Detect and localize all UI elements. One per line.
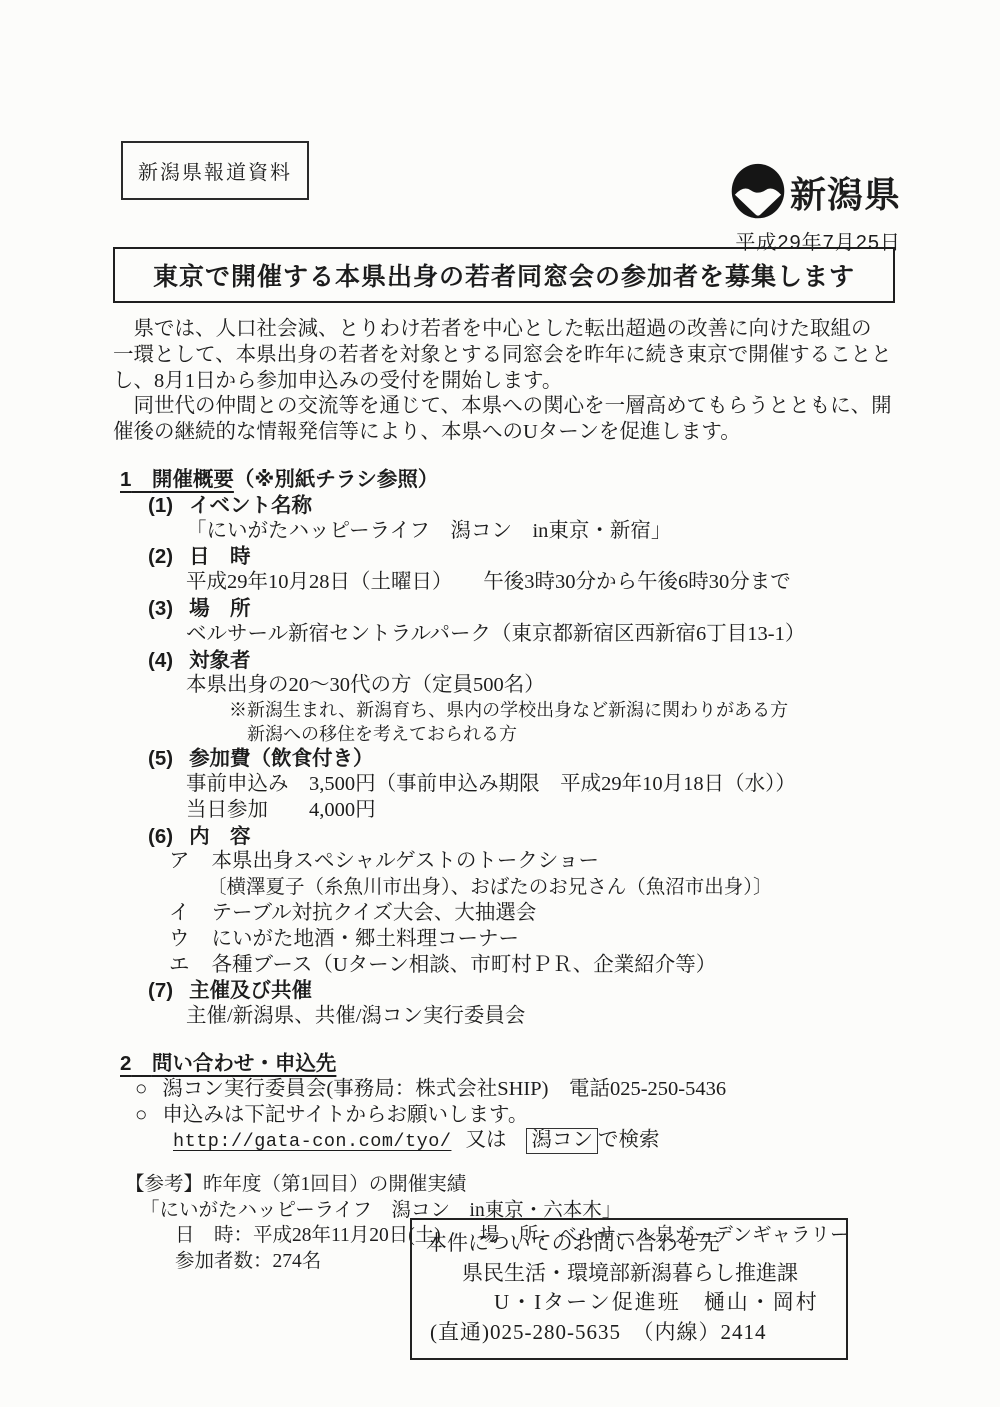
item-1-heading: (1)イベント名称 <box>113 493 923 519</box>
circle-bullet-icon: ○ <box>135 1103 147 1129</box>
contact-committee-line: ○潟コン実行委員会(事務局：株式会社SHIP) 電話025-250-5436 <box>113 1077 923 1103</box>
press-release-page: 新潟県報道資料 新潟県 平成29年7月25日 東京で開催する本県出身の若者同窓会… <box>0 0 1000 1407</box>
section2-heading: 2 問い合わせ・申込先 <box>113 1051 923 1077</box>
item-2-content: 平成29年10月28日（土曜日） 午後3時30分から午後6時30分まで <box>113 570 923 596</box>
press-material-label: 新潟県報道資料 <box>138 162 292 184</box>
item-6-content-a: ア本県出身スペシャルゲストのトークショー <box>113 849 923 875</box>
inquiry-title: 本件についてのお問い合わせ先 <box>426 1229 832 1259</box>
item-4-note-1: ※新潟生まれ、新潟育ち、県内の学校出身など新潟に関わりがある方 <box>113 699 923 723</box>
inquiry-phone: (直通)025-280-5635 （内線）2414 <box>426 1318 832 1348</box>
section1-title: 開催概要 <box>152 468 234 491</box>
item-4-note-2: 新潟への移住を考えておられる方 <box>113 723 923 747</box>
intro-paragraph-2: 催後の継続的な情報発信等により、本県へのUターンを促進します。 <box>113 420 923 446</box>
item-5-fee-advance: 事前申込み 3,500円（事前申込み期限 平成29年10月18日（水）） <box>113 772 923 798</box>
prefecture-logo: 新潟県 <box>729 162 901 222</box>
document-body: 県では、人口社会減、とりわけ若者を中心とした転出超過の改善に向けた取組の 一環と… <box>113 317 923 1274</box>
item-4-content: 本県出身の20～30代の方（定員500名） <box>113 673 923 699</box>
search-suffix: で検索 <box>598 1129 660 1151</box>
application-url-link[interactable]: http://gata-con.com/tyo/ <box>173 1131 451 1152</box>
application-site-line: ○申込みは下記サイトからお願いします。 <box>113 1103 923 1129</box>
item-4-heading: (4)対象者 <box>113 648 923 674</box>
application-url-line: http://gata-con.com/tyo/又は潟コンで検索 <box>113 1128 923 1155</box>
inquiry-contact-box: 本件についてのお問い合わせ先 県民生活・環境部新潟暮らし推進課 U・Iターン促進… <box>410 1218 848 1360</box>
document-title: 東京で開催する本県出身の若者同窓会の参加者を募集します <box>153 257 855 293</box>
item-6-heading: (6)内 容 <box>113 824 923 850</box>
press-material-label-box: 新潟県報道資料 <box>121 141 309 200</box>
item-3-heading: (3)場 所 <box>113 596 923 622</box>
item-5-fee-sameday: 当日参加 4,000円 <box>113 798 923 824</box>
item-3-content: ベルサール新宿セントラルパーク（東京都新宿区西新宿6丁目13-1） <box>113 622 923 648</box>
item-6-content-b: イテーブル対抗クイズ大会、大抽選会 <box>113 901 923 927</box>
document-title-box: 東京で開催する本県出身の若者同窓会の参加者を募集します <box>113 247 895 303</box>
prefecture-logo-text: 新潟県 <box>790 167 901 218</box>
section2-title: 問い合わせ・申込先 <box>152 1052 337 1075</box>
section1-note: （※別紙チラシ参照） <box>234 468 438 491</box>
intro-paragraph-1: 一環として、本県出身の若者を対象とする同窓会を昨年に続き東京で開催することと <box>113 343 923 369</box>
section2-number: 2 <box>120 1052 131 1075</box>
item-6-content-a-guests: 〔横澤夏子（糸魚川市出身）、おばたのお兄さん（魚沼市出身）〕 <box>113 875 923 901</box>
circle-bullet-icon: ○ <box>135 1077 147 1103</box>
section1-heading: 1 開催概要（※別紙チラシ参照） <box>113 467 923 493</box>
or-text: 又は <box>465 1129 506 1151</box>
item-6-content-c: ウにいがた地酒・郷土料理コーナー <box>113 927 923 953</box>
intro-paragraph-2: 同世代の仲間との交流等を通じて、本県への関心を一層高めてもらうとともに、開 <box>113 394 923 420</box>
inquiry-department: 県民生活・環境部新潟暮らし推進課 <box>426 1259 832 1289</box>
inquiry-staff: U・Iターン促進班 樋山・岡村 <box>426 1288 832 1318</box>
item-7-content: 主催/新潟県、共催/潟コン実行委員会 <box>113 1004 923 1030</box>
item-7-heading: (7)主催及び共催 <box>113 978 923 1004</box>
intro-paragraph-1: 県では、人口社会減、とりわけ若者を中心とした転出超過の改善に向けた取組の <box>113 317 923 343</box>
reference-title: 【参考】昨年度（第1回目）の開催実績 <box>113 1172 923 1198</box>
niigata-emblem-icon <box>729 162 787 222</box>
item-5-heading: (5)参加費（飲食付き） <box>113 746 923 772</box>
intro-paragraph-1: し、8月1日から参加申込みの受付を開始します。 <box>113 369 923 395</box>
item-2-heading: (2)日 時 <box>113 544 923 570</box>
item-6-content-d: エ各種ブース（Uターン相談、市町村ＰＲ、企業紹介等） <box>113 953 923 979</box>
section1-number: 1 <box>120 468 131 491</box>
search-keyword-box: 潟コン <box>526 1128 598 1154</box>
item-1-content: 「にいがたハッピーライフ 潟コン in東京・新宿」 <box>113 519 923 545</box>
